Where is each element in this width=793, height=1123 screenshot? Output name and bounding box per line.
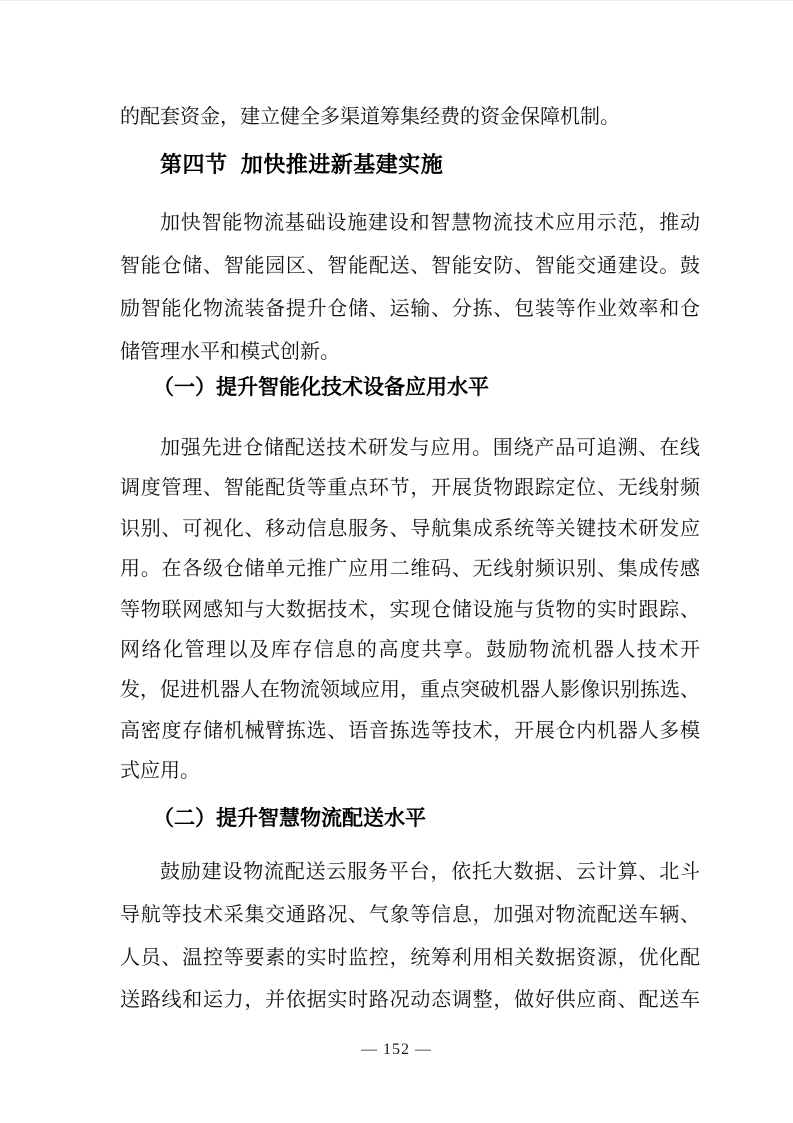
paragraph1-line: 励智能化物流装备提升仓储、运输、分拣、包装等作业效率和仓: [120, 296, 700, 323]
document-page: 的配套资金，建立健全多渠道筹集经费的资金保障机制。 第四节 加快推进新基建实施 …: [0, 0, 793, 1123]
paragraph3-line: 鼓励建设物流配送云服务平台，依托大数据、云计算、北斗: [120, 859, 700, 886]
paragraph2-line: 用。在各级仓储单元推广应用二维码、无线射频识别、集成传感: [120, 556, 700, 583]
paragraph2-line: 等物联网感知与大数据技术，实现仓储设施与货物的实时跟踪、: [120, 597, 700, 624]
paragraph1-line: 储管理水平和模式创新。: [120, 339, 700, 366]
page-number: — 152 —: [0, 1039, 793, 1061]
paragraph2-line: 发，促进机器人在物流领域应用，重点突破机器人影像识别拣选、: [120, 677, 700, 704]
paragraph2-line: 加强先进仓储配送技术研发与应用。围绕产品可追溯、在线: [120, 435, 700, 462]
paragraph3-line: 导航等技术采集交通路况、气象等信息，加强对物流配送车辆、: [120, 902, 700, 929]
paragraph2-line: 调度管理、智能配货等重点环节，开展货物跟踪定位、无线射频: [120, 475, 700, 502]
intro-continuation-line: 的配套资金，建立健全多渠道筹集经费的资金保障机制。: [120, 104, 700, 131]
paragraph2-line: 识别、可视化、移动信息服务、导航集成系统等关键技术研发应: [120, 516, 700, 543]
subsection-1-heading: （一）提升智能化技术设备应用水平: [153, 373, 489, 401]
paragraph1-line: 加快智能物流基础设施建设和智慧物流技术应用示范，推动: [120, 210, 700, 237]
paragraph1-line: 智能仓储、智能园区、智能配送、智能安防、智能交通建设。鼓: [120, 253, 700, 280]
subsection-2-heading: （二）提升智慧物流配送水平: [153, 804, 426, 832]
paragraph2-line: 式应用。: [120, 758, 700, 785]
paragraph3-line: 送路线和运力，并依据实时路况动态调整，做好供应商、配送车: [120, 987, 700, 1014]
paragraph2-line: 网络化管理以及库存信息的高度共享。鼓励物流机器人技术开: [120, 637, 700, 664]
section-heading: 第四节 加快推进新基建实施: [160, 151, 443, 179]
paragraph2-line: 高密度存储机械臂拣选、语音拣选等技术，开展仓内机器人多模: [120, 718, 700, 745]
paragraph3-line: 人员、温控等要素的实时监控，统筹利用相关数据资源，优化配: [120, 945, 700, 972]
